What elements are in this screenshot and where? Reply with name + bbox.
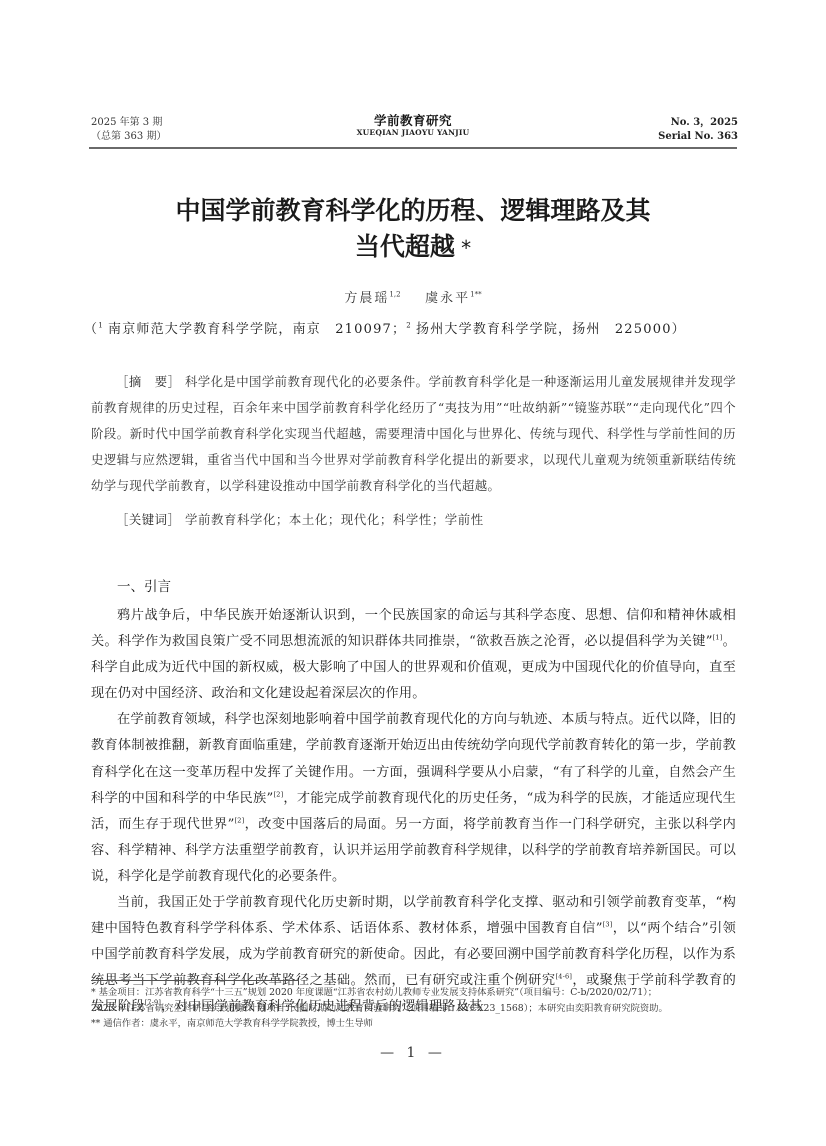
issue-number-en: No. 3，2025 [658, 116, 738, 130]
author-affiliation-sup: 1** [470, 291, 481, 299]
affiliations: （1 南京师范大学教育科学学院，南京 210097；2 扬州大学教育科学学院，扬… [84, 318, 744, 337]
footnote-funding-1: * 基金项目：江苏省教育科学“十三五”规划 2020 年度课题“江苏省农村幼儿教… [91, 985, 751, 1001]
title-line-1: 中国学前教育科学化的历程、逻辑理路及其 [0, 193, 826, 229]
section-heading: 一、引言 [117, 575, 171, 595]
citation: [2] [235, 816, 245, 824]
abstract: ［摘 要］ 科学化是中国学前教育现代化的必要条件。学前教育科学化是一种逐渐运用儿… [91, 369, 736, 499]
page-number: — 1 — [0, 1045, 826, 1061]
footnote-corresponding-author: ** 通信作者：虞永平，南京师范大学教育科学学院教授，博士生导师 [91, 1016, 751, 1032]
author-name: 方晨瑶 [344, 291, 389, 306]
author-list: 方晨瑶1,2 虞永平1** [0, 287, 826, 306]
citation: [2] [274, 790, 284, 798]
serial-number-en: Serial No. 363 [658, 130, 738, 144]
header-divider [89, 147, 737, 149]
footnote-divider [91, 980, 299, 981]
title-line-2: 当代超越 * [0, 229, 826, 266]
footnotes: * 基金项目：江苏省教育科学“十三五”规划 2020 年度课题“江苏省农村幼儿教… [91, 985, 751, 1032]
title-text-2: 当代超越 [355, 232, 455, 261]
issue-info-en: No. 3，2025 Serial No. 363 [658, 116, 738, 144]
body-text: 鸦片战争后，中华民族开始逐渐认识到，一个民族国家的命运与其科学态度、思想、信仰和… [91, 603, 736, 1021]
affiliation-2: 扬州大学教育科学学院，扬州 225000） [411, 322, 686, 337]
author-name: 虞永平 [425, 291, 470, 306]
citation: [3] [603, 921, 613, 929]
text-run: 鸦片战争后，中华民族开始逐渐认识到，一个民族国家的命运与其科学态度、思想、信仰和… [91, 608, 736, 649]
abstract-text: 科学化是中国学前教育现代化的必要条件。学前教育科学化是一种逐渐运用儿童发展规律并… [91, 374, 736, 493]
author-affiliation-sup: 1,2 [389, 291, 400, 299]
citation: [1] [713, 634, 723, 642]
affiliation-1: 南京师范大学教育科学学院，南京 210097； [103, 322, 407, 337]
affiliation-paren: （ [84, 322, 98, 337]
abstract-label: ［摘 要］ [116, 374, 181, 389]
citation: [4-6] [556, 973, 573, 981]
keywords: ［关键词］ 学前教育科学化；本土化；现代化；科学性；学前性 [116, 510, 484, 528]
title-footnote-mark: * [455, 236, 471, 260]
article-title: 中国学前教育科学化的历程、逻辑理路及其 当代超越 * [0, 193, 826, 266]
keywords-label: ［关键词］ [116, 512, 180, 527]
paragraph: 鸦片战争后，中华民族开始逐渐认识到，一个民族国家的命运与其科学态度、思想、信仰和… [91, 603, 736, 707]
keywords-text: 学前教育科学化；本土化；现代化；科学性；学前性 [185, 512, 484, 527]
footnote-funding-2: 2023 年江苏省研究生科研与实践创新计划项目“民国时期幼儿教育实验研究”（项目… [91, 1001, 751, 1017]
paragraph: 在学前教育领域，科学也深刻地影响着中国学前教育现代化的方向与轨迹、本质与特点。近… [91, 707, 736, 890]
